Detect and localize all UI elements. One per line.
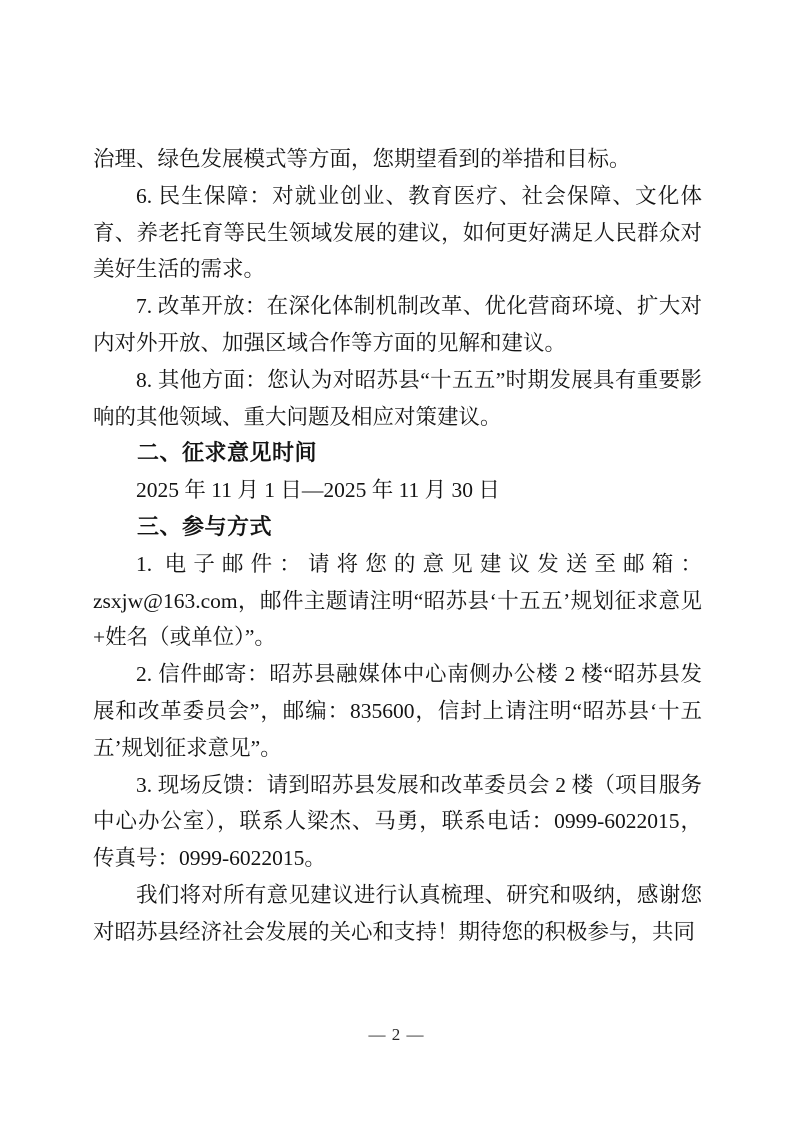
section-heading-participation-methods: 三、参与方式 bbox=[93, 509, 702, 546]
paragraph-method-2-postal-mail: 2. 信件邮寄：昭苏县融媒体中心南侧办公楼 2 楼“昭苏县发展和改革委员会”，邮… bbox=[93, 656, 702, 766]
paragraph-date-range: 2025 年 11 月 1 日—2025 年 11 月 30 日 bbox=[93, 472, 702, 509]
paragraph-closing-thanks: 我们将对所有意见建议进行认真梳理、研究和吸纳，感谢您对昭苏县经济社会发展的关心和… bbox=[93, 877, 702, 951]
document-page: 治理、绿色发展模式等方面，您期望看到的举措和目标。 6. 民生保障：对就业创业、… bbox=[0, 0, 793, 1122]
paragraph-continuation-governance: 治理、绿色发展模式等方面，您期望看到的举措和目标。 bbox=[93, 141, 702, 178]
document-body: 治理、绿色发展模式等方面，您期望看到的举措和目标。 6. 民生保障：对就业创业、… bbox=[93, 141, 702, 951]
paragraph-method-3-onsite-feedback: 3. 现场反馈：请到昭苏县发展和改革委员会 2 楼（项目服务中心办公室），联系人… bbox=[93, 767, 702, 877]
page-number: — 2 — bbox=[0, 1025, 793, 1045]
paragraph-item-6-livelihood: 6. 民生保障：对就业创业、教育医疗、社会保障、文化体育、养老托育等民生领域发展… bbox=[93, 178, 702, 288]
paragraph-item-8-other-aspects: 8. 其他方面：您认为对昭苏县“十五五”时期发展具有重要影响的其他领域、重大问题… bbox=[93, 362, 702, 436]
paragraph-method-1-email: 1. 电子邮件：请将您的意见建议发送至邮箱：zsxjw@163.com，邮件主题… bbox=[93, 546, 702, 656]
paragraph-item-7-reform-opening: 7. 改革开放：在深化体制机制改革、优化营商环境、扩大对内对外开放、加强区域合作… bbox=[93, 288, 702, 362]
section-heading-solicitation-period: 二、征求意见时间 bbox=[93, 435, 702, 472]
